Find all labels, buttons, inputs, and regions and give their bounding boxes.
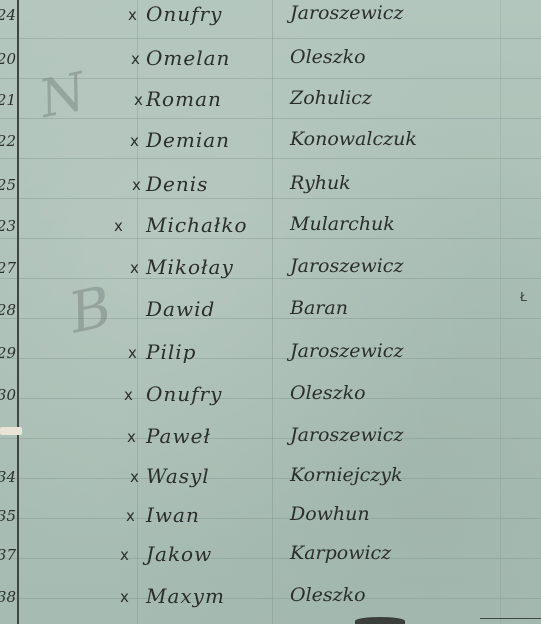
row-number: 30 <box>0 386 16 404</box>
x-mark: x <box>124 386 133 404</box>
x-mark: x <box>126 507 135 525</box>
row-number: 25 <box>0 176 16 194</box>
register-row: 38 x Maxym Oleszko <box>0 584 541 624</box>
surname: Jaroszewicz <box>290 340 403 362</box>
first-name: Onufry <box>146 2 222 26</box>
x-mark: x <box>120 588 129 606</box>
first-name: Onufry <box>146 382 222 406</box>
first-name: Denis <box>146 172 208 196</box>
x-mark: x <box>134 91 143 109</box>
row-number: 23 <box>0 217 16 235</box>
x-mark: x <box>130 132 139 150</box>
register-row: 24 x Onufry Jaroszewicz <box>0 2 541 42</box>
register-row: 30 x Onufry Oleszko <box>0 382 541 422</box>
row-number: 24 <box>0 6 16 24</box>
x-mark: x <box>132 176 141 194</box>
register-row: 20 x Omelan Oleszko <box>0 46 541 86</box>
row-number: 38 <box>0 588 16 606</box>
first-name: Jakow <box>146 542 212 566</box>
register-row: 22 x Demian Konowalczuk <box>0 128 541 168</box>
surname: Ryhuk <box>290 172 351 194</box>
x-mark: x <box>114 217 123 235</box>
first-name: Demian <box>146 128 230 152</box>
register-row: 25 x Denis Ryhuk <box>0 172 541 212</box>
surname: Oleszko <box>290 46 366 68</box>
register-row: 29 x Pilip Jaroszewicz <box>0 340 541 380</box>
register-row: 21 x Roman Zohulicz <box>0 87 541 127</box>
surname: Jaroszewicz <box>290 424 403 446</box>
register-row: 27 x Mikołay Jaroszewicz <box>0 255 541 295</box>
row-number: 35 <box>0 507 16 525</box>
row-number: 34 <box>0 468 16 486</box>
first-name: Wasyl <box>146 464 210 488</box>
register-row: 34 x Wasyl Korniejczyk <box>0 464 541 504</box>
surname: Oleszko <box>290 584 366 606</box>
first-name: Michałko <box>146 213 248 237</box>
row-number: 20 <box>0 50 16 68</box>
x-mark: x <box>128 344 137 362</box>
register-row: 35 x Iwan Dowhun <box>0 503 541 543</box>
row-number: 28 <box>0 301 16 319</box>
x-mark: x <box>130 259 139 277</box>
row-number: 27 <box>0 259 16 277</box>
x-mark: x <box>131 50 140 68</box>
surname: Baran <box>290 297 348 319</box>
surname: Karpowicz <box>290 542 391 564</box>
x-mark: x <box>120 546 129 564</box>
first-name: Paweł <box>146 424 211 448</box>
row-number: 37 <box>0 546 16 564</box>
surname: Konowalczuk <box>290 128 417 150</box>
surname: Jaroszewicz <box>290 2 403 24</box>
surname: Jaroszewicz <box>290 255 403 277</box>
surname: Dowhun <box>290 503 370 525</box>
row-number: 21 <box>0 91 16 109</box>
register-row: 28 Dawid Baran <box>0 297 541 337</box>
first-name: Omelan <box>146 46 230 70</box>
register-row: 23 x Michałko Mularchuk <box>0 213 541 253</box>
first-name: Maxym <box>146 584 225 608</box>
register-row: x Paweł Jaroszewicz <box>0 424 541 464</box>
first-name: Mikołay <box>146 255 234 279</box>
register-row: 37 x Jakow Karpowicz <box>0 542 541 582</box>
first-name: Roman <box>146 87 222 111</box>
surname: Oleszko <box>290 382 366 404</box>
row-number: 22 <box>0 132 16 150</box>
x-mark: x <box>128 6 137 24</box>
first-name: Pilip <box>146 340 196 364</box>
first-name: Dawid <box>146 297 215 321</box>
surname: Zohulicz <box>290 87 372 109</box>
surname: Korniejczyk <box>290 464 403 486</box>
first-name: Iwan <box>146 503 200 527</box>
row-number: 29 <box>0 344 16 362</box>
x-mark: x <box>127 428 136 446</box>
document-page: N B Ł 24 x Onufry Jaroszewicz 20 x Omela… <box>0 0 541 624</box>
surname: Mularchuk <box>290 213 395 235</box>
x-mark: x <box>130 468 139 486</box>
